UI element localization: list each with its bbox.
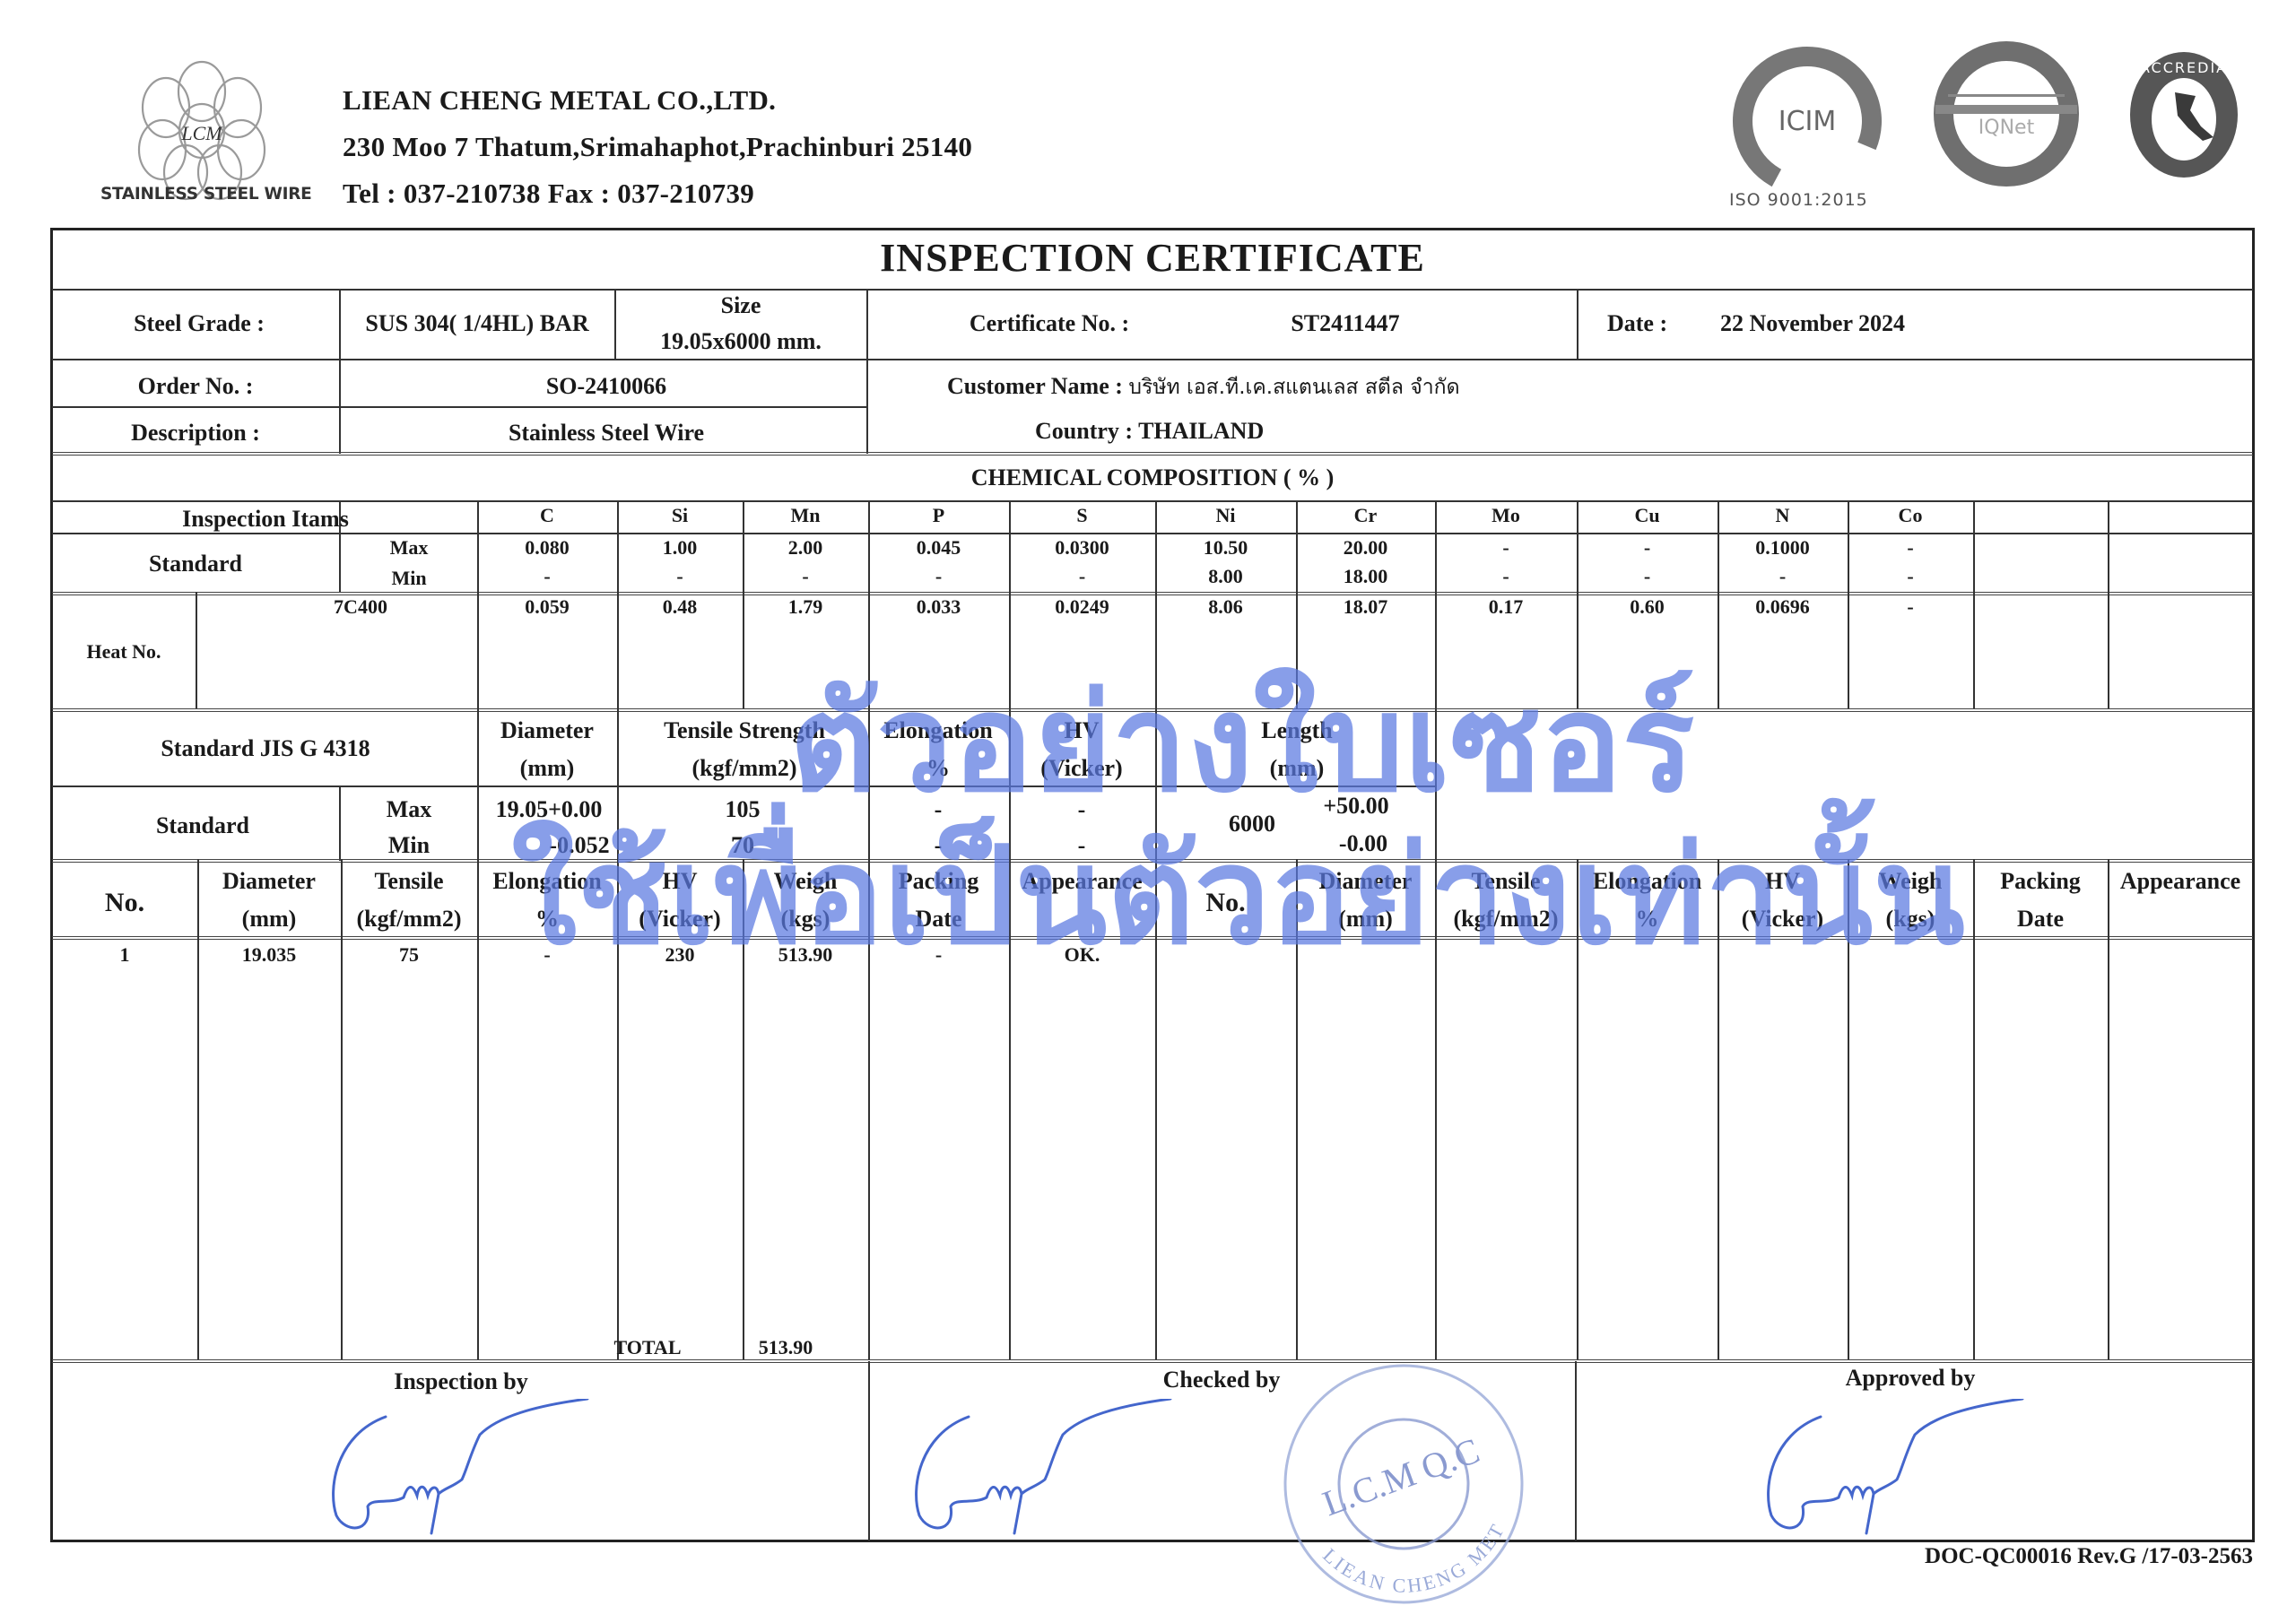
mech-length-header-2: (mm) <box>1270 755 1325 782</box>
results-header-right-6-line0: Packing <box>2000 868 2081 895</box>
chem-symbol-mo: Mo <box>1492 504 1520 527</box>
chem-max-n: 0.1000 <box>1755 536 1810 560</box>
chem-symbol-n: N <box>1776 504 1790 527</box>
mech-elongation-header-1: Elongation <box>883 717 992 744</box>
chem-max-co: - <box>1907 536 1913 560</box>
chem-symbol-co: Co <box>1899 504 1923 527</box>
mech-diameter-header-2: (mm) <box>520 755 575 782</box>
tensile-max: 105 <box>726 796 761 823</box>
tensile-min: 70 <box>731 832 754 859</box>
document-title: INSPECTION CERTIFICATE <box>880 235 1425 281</box>
chem-min-mn: - <box>802 565 808 588</box>
customer-name-value: บริษัท เอส.ที.เค.สแตนเลส สตีล จำกัด <box>1128 376 1459 399</box>
chem-actual-cr: 18.07 <box>1344 595 1388 619</box>
hv-max: - <box>1078 796 1086 823</box>
cell-weigh: 513.90 <box>778 943 833 967</box>
results-header-right-5-line1: (kgs) <box>1886 906 1935 933</box>
chem-actual-co: - <box>1907 595 1913 619</box>
chem-actual-mn: 1.79 <box>788 595 823 619</box>
heat-no-label: Heat No. <box>86 640 161 664</box>
mech-hv-header-2: (Vicker) <box>1040 755 1122 782</box>
chemical-section-title: CHEMICAL COMPOSITION ( % ) <box>971 464 1334 491</box>
date-value: 22 November 2024 <box>1720 310 1905 337</box>
cell-packing-date: - <box>935 943 942 967</box>
order-no-label: Order No. : <box>138 373 254 400</box>
results-header-right-1-line1: (mm) <box>1338 906 1393 933</box>
chem-min-s: - <box>1079 565 1085 588</box>
description-value: Stainless Steel Wire <box>509 420 704 447</box>
chem-symbol-si: Si <box>672 504 688 527</box>
chem-min-c: - <box>544 565 550 588</box>
mech-elongation-header-2: % <box>926 755 950 782</box>
cell-tensile: 75 <box>399 943 419 967</box>
cell-appearance: OK. <box>1065 943 1100 967</box>
heat-no-value: 7C400 <box>334 595 387 619</box>
results-header-left-1-line1: (mm) <box>242 906 297 933</box>
results-header-right-2-line1: (kgf/mm2) <box>1454 906 1559 933</box>
mech-min-label: Min <box>388 832 430 859</box>
results-header-left-7: Appearance <box>1022 868 1142 895</box>
chem-symbol-cu: Cu <box>1634 504 1659 527</box>
chem-min-mo: - <box>1502 565 1509 588</box>
certificate-no-value: ST2411447 <box>1291 310 1399 337</box>
company-contact: Tel : 037-210738 Fax : 037-210739 <box>343 170 972 217</box>
order-no-value: SO-2410066 <box>546 373 666 400</box>
inspection-items-label: Inspection Itams <box>182 506 349 533</box>
svg-text:IQNet: IQNet <box>1979 117 2035 139</box>
results-header-left-0: No. <box>105 888 144 918</box>
country-label: Country : <box>1035 418 1133 444</box>
diameter-max: 19.05+0.00 <box>496 796 603 823</box>
logo-caption: STAINLESS STEEL WIRE <box>100 185 312 204</box>
qc-stamp-icon: L.C.M Q.C LIEAN CHENG METAL CO. <box>1265 1354 1552 1623</box>
company-address: 230 Moo 7 Thatum,Srimahaphot,Prachinburi… <box>343 124 972 170</box>
chem-max-label: Max <box>390 536 429 560</box>
chem-symbol-c: C <box>540 504 554 527</box>
inspection-by-label: Inspection by <box>394 1368 528 1395</box>
mech-standard-name: Standard JIS G 4318 <box>161 735 370 762</box>
accredia-badge-icon: ACCREDIA <box>2130 52 2238 178</box>
checked-by-label: Checked by <box>1163 1367 1281 1393</box>
country-row: Country : THAILAND <box>1035 418 1264 445</box>
results-header-left-6-line0: Packing <box>899 868 979 895</box>
results-header-right-3-line0: Elongation <box>1593 868 1701 895</box>
mech-tensile-header-2: (kgf/mm2) <box>692 755 797 782</box>
chem-actual-c: 0.059 <box>525 595 570 619</box>
chem-max-p: 0.045 <box>917 536 961 560</box>
company-block: LIEAN CHENG METAL CO.,LTD. 230 Moo 7 Tha… <box>343 77 972 217</box>
results-header-left-4-line1: (Vicker) <box>639 906 720 933</box>
hv-min: - <box>1078 832 1086 859</box>
svg-text:ACCREDIA: ACCREDIA <box>2140 59 2228 76</box>
iso-caption: ISO 9001:2015 <box>1729 190 1868 210</box>
chem-actual-ni: 8.06 <box>1208 595 1243 619</box>
icim-badge-icon: ICIM <box>1722 40 1895 193</box>
chem-actual-p: 0.033 <box>917 595 961 619</box>
chem-max-mo: - <box>1502 536 1509 560</box>
results-header-right-1-line0: Diameter <box>1319 868 1413 895</box>
length-nominal: 6000 <box>1229 811 1275 838</box>
mech-length-header-1: Length <box>1261 717 1332 744</box>
chem-min-si: - <box>676 565 683 588</box>
results-header-right-2-line0: Tensile <box>1471 868 1540 895</box>
size-value: 19.05x6000 mm. <box>660 328 822 355</box>
chem-actual-mo: 0.17 <box>1489 595 1524 619</box>
chem-actual-n: 0.0696 <box>1755 595 1810 619</box>
mech-max-label: Max <box>387 796 432 823</box>
iqnet-badge-icon: IQNet <box>1935 51 2077 177</box>
customer-name-label: Customer Name : <box>947 373 1123 399</box>
description-label: Description : <box>131 420 260 447</box>
results-header-right-7: Appearance <box>2120 868 2240 895</box>
svg-text:L.C.M Q.C: L.C.M Q.C <box>1318 1430 1485 1524</box>
size-label: Size <box>721 292 761 319</box>
chem-min-n: - <box>1779 565 1786 588</box>
company-name: LIEAN CHENG METAL CO.,LTD. <box>343 77 972 124</box>
results-header-right-5-line0: Weigh <box>1879 868 1943 895</box>
chem-min-cu: - <box>1644 565 1650 588</box>
chem-symbol-p: P <box>933 504 944 527</box>
chem-actual-cu: 0.60 <box>1630 595 1665 619</box>
chem-symbol-ni: Ni <box>1216 504 1236 527</box>
company-logo: LCM <box>85 54 318 206</box>
chem-standard-label: Standard <box>149 551 242 577</box>
customer-name-row: Customer Name : บริษัท เอส.ที.เค.สแตนเลส… <box>947 371 1460 404</box>
results-header-left-5-line1: (kgs) <box>781 906 831 933</box>
results-header-left-4-line0: HV <box>663 868 698 895</box>
chem-max-cr: 20.00 <box>1344 536 1388 560</box>
results-header-left-1-line0: Diameter <box>222 868 316 895</box>
results-header-left-2-line1: (kgf/mm2) <box>357 906 462 933</box>
results-header-right-4-line1: (Vicker) <box>1742 906 1823 933</box>
chem-min-cr: 18.00 <box>1344 565 1388 588</box>
total-weight: 513.90 <box>759 1336 813 1359</box>
date-label: Date : <box>1607 310 1667 337</box>
results-header-left-3-line1: % <box>535 906 559 933</box>
chem-actual-si: 0.48 <box>663 595 698 619</box>
cell-elongation: - <box>544 943 550 967</box>
chem-max-s: 0.0300 <box>1055 536 1109 560</box>
results-header-right-0: No. <box>1205 888 1245 918</box>
chem-max-mn: 2.00 <box>788 536 823 560</box>
chem-min-label: Min <box>391 567 426 590</box>
checker-signature-icon <box>901 1399 1188 1542</box>
chem-min-p: - <box>935 565 942 588</box>
cell-no: 1 <box>120 943 130 967</box>
results-header-right-4-line0: HV <box>1765 868 1800 895</box>
cell-diameter: 19.035 <box>242 943 297 967</box>
elongation-max: - <box>935 796 943 823</box>
approver-signature-icon <box>1753 1399 2040 1542</box>
steel-grade-label: Steel Grade : <box>134 310 265 337</box>
mech-hv-header-1: HV <box>1065 717 1100 744</box>
svg-text:LCM: LCM <box>180 122 223 144</box>
certificate-no-label: Certificate No. : <box>970 310 1129 337</box>
results-header-left-5-line0: Weigh <box>774 868 838 895</box>
results-header-left-3-line0: Elongation <box>492 868 601 895</box>
chem-max-cu: - <box>1644 536 1650 560</box>
diameter-min: -0.052 <box>549 832 609 859</box>
chem-symbol-mn: Mn <box>791 504 821 527</box>
length-plus: +50.00 <box>1323 793 1388 820</box>
mech-standard-label: Standard <box>156 812 249 839</box>
chem-max-si: 1.00 <box>663 536 698 560</box>
document-code: DOC-QC00016 Rev.G /17-03-2563 <box>1925 1544 2253 1569</box>
length-minus: -0.00 <box>1339 830 1387 857</box>
results-header-right-3-line1: % <box>1636 906 1659 933</box>
wire-strand-logo-icon: LCM <box>85 54 318 206</box>
steel-grade-value: SUS 304( 1/4HL) BAR <box>365 310 588 337</box>
results-header-left-6-line1: Date <box>916 906 962 933</box>
chem-max-ni: 10.50 <box>1204 536 1248 560</box>
mech-diameter-header-1: Diameter <box>500 717 594 744</box>
chem-max-c: 0.080 <box>525 536 570 560</box>
total-label: TOTAL <box>614 1336 682 1359</box>
results-header-left-2-line0: Tensile <box>374 868 443 895</box>
cell-hv: 230 <box>665 943 695 967</box>
elongation-min: - <box>935 832 943 859</box>
chem-symbol-cr: Cr <box>1354 504 1378 527</box>
chem-symbol-s: S <box>1076 504 1087 527</box>
chem-min-ni: 8.00 <box>1208 565 1243 588</box>
results-header-right-6-line1: Date <box>2017 906 2064 933</box>
chem-min-co: - <box>1907 565 1913 588</box>
approved-by-label: Approved by <box>1846 1365 1976 1392</box>
chem-actual-s: 0.0249 <box>1055 595 1109 619</box>
inspector-signature-icon <box>318 1399 605 1542</box>
mech-tensile-header-1: Tensile Strength <box>664 717 825 744</box>
country-value: THAILAND <box>1138 418 1264 444</box>
svg-text:ICIM: ICIM <box>1779 106 1837 137</box>
